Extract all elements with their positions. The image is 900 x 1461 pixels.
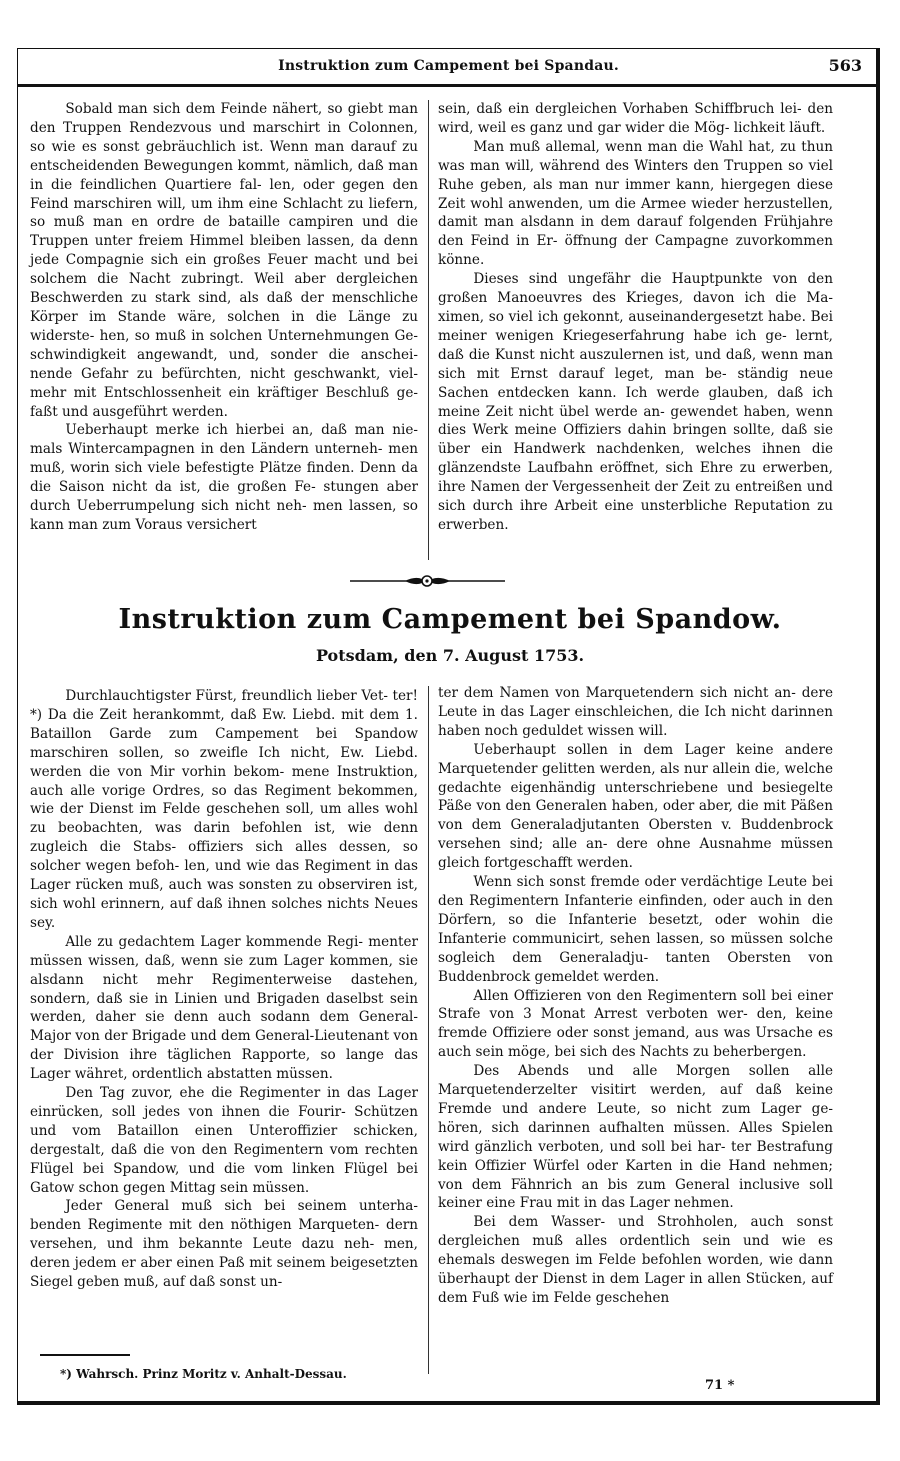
decorative-divider-icon	[350, 574, 505, 588]
signature-mark: 71 *	[705, 1378, 734, 1393]
article-dateline: Potsdam, den 7. August 1753.	[0, 646, 900, 665]
paragraph: Jeder General muß sich bei seinem unterh…	[30, 1197, 418, 1292]
running-head: Instruktion zum Campement bei Spandau. 5…	[17, 52, 880, 82]
paragraph: Ueberhaupt merke ich hierbei an, daß man…	[30, 421, 418, 534]
column-divider	[428, 686, 429, 1374]
paragraph: Alle zu gedachtem Lager kommende Regi- m…	[30, 933, 418, 1084]
paragraph: Bei dem Wasser- und Strohholen, auch son…	[438, 1213, 833, 1308]
paragraph: Allen Offizieren von den Regimentern sol…	[438, 987, 833, 1063]
paragraph-continuation: sein, daß ein dergleichen Vorhaben Schif…	[438, 100, 833, 138]
page-number: 563	[829, 56, 862, 75]
paragraph: Dieses sind ungefähr die Hauptpunkte von…	[438, 270, 833, 535]
article-right-column: ter dem Namen von Marquetendern sich nic…	[438, 684, 833, 1308]
paragraph: Ueberhaupt sollen in dem Lager keine and…	[438, 741, 833, 873]
article-left-column: Durchlauchtigster Fürst, freundlich lieb…	[30, 687, 418, 1292]
previous-article-right-column: sein, daß ein dergleichen Vorhaben Schif…	[438, 100, 833, 535]
paragraph: Wenn sich sonst fremde oder verdächtige …	[438, 873, 833, 986]
paragraph: Sobald man sich dem Feinde nähert, so gi…	[30, 100, 418, 421]
header-rule	[17, 84, 880, 87]
column-divider	[428, 100, 429, 560]
paragraph-continuation: ter dem Namen von Marquetendern sich nic…	[438, 684, 833, 741]
footnote: *) Wahrsch. Prinz Moritz v. Anhalt-Dessa…	[60, 1367, 347, 1381]
paragraph: Man muß allemal, wenn man die Wahl hat, …	[438, 138, 833, 270]
paragraph: Durchlauchtigster Fürst, freundlich lieb…	[30, 687, 418, 933]
paragraph: Des Abends und alle Morgen sollen alle M…	[438, 1062, 833, 1213]
paragraph: Den Tag zuvor, ehe die Regimenter in das…	[30, 1084, 418, 1197]
running-title: Instruktion zum Campement bei Spandau.	[17, 58, 880, 74]
footnote-rule	[40, 1354, 130, 1356]
article-title: Instruktion zum Campement bei Spandow.	[0, 604, 900, 635]
previous-article-left-column: Sobald man sich dem Feinde nähert, so gi…	[30, 100, 418, 535]
